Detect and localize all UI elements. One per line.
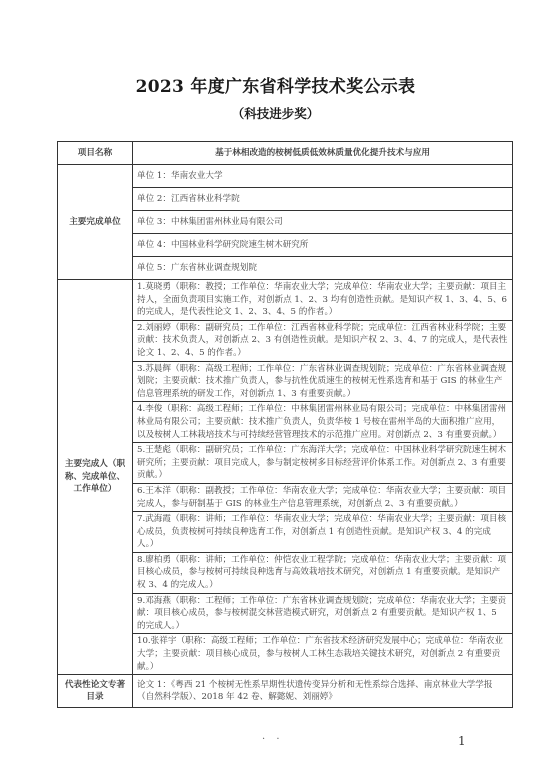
paper-row: 代表性论文专著目录 论文 1：《粤西 21 个桉树无性系早期性状遗传变异分析和无… (58, 675, 513, 708)
person-row: 主要完成人（职称、完成单位、工作单位） 1.莫晓勇（职称：教授；工作单位：华南农… (58, 280, 513, 321)
person-3: 3.苏晨辉（职称：高级工程师；工作单位：广东省林业调查规划院；完成单位：广东省林… (133, 361, 513, 402)
unit-3: 单位 3：中林集团雷州林业局有限公司 (133, 211, 513, 234)
units-label: 主要完成单位 (58, 165, 133, 280)
person-1: 1.莫晓勇（职称：教授；工作单位：华南农业大学；完成单位：华南农业大学；主要贡献… (133, 280, 513, 321)
document-subtitle: （科技进步奖） (0, 104, 551, 122)
person-4: 4.李俊（职称：高级工程师；工作单位：中林集团雷州林业局有限公司；完成单位：中林… (133, 402, 513, 443)
persons-label: 主要完成人（职称、完成单位、工作单位） (58, 280, 133, 675)
person-9: 9.邓海燕（职称：工程师；工作单位：广东省林业调查规划院；完成单位：华南农业大学… (133, 593, 513, 634)
award-table: 项目名称 基于林相改造的桉树低质低效林质量优化提升技术与应用 主要完成单位 单位… (57, 141, 513, 708)
papers-label: 代表性论文专著目录 (58, 675, 133, 708)
unit-5: 单位 5：广东省林业调查规划院 (133, 257, 513, 280)
unit-row: 主要完成单位 单位 1：华南农业大学 (58, 165, 513, 188)
project-name-value: 基于林相改造的桉树低质低效林质量优化提升技术与应用 (133, 142, 513, 165)
project-name-row: 项目名称 基于林相改造的桉树低质低效林质量优化提升技术与应用 (58, 142, 513, 165)
person-5: 5.王楚彪（职称：副研究员；工作单位：广东海洋大学；完成单位：中国林业科学研究院… (133, 443, 513, 484)
paper-1: 论文 1：《粤西 21 个桉树无性系早期性状遗传变异分析和无性系综合选择、南京林… (133, 675, 513, 708)
unit-1: 单位 1：华南农业大学 (133, 165, 513, 188)
person-6: 6.王本洋（职称：副教授；工作单位：华南农业大学；完成单位：华南农业大学；主要贡… (133, 483, 513, 511)
unit-4: 单位 4：中国林业科学研究院速生树木研究所 (133, 234, 513, 257)
person-7: 7.武海霞（职称：讲师；工作单位：华南农业大学；完成单位：华南农业大学；主要贡献… (133, 512, 513, 553)
person-8: 8.廖柏勇（职称：讲师；工作单位：仲恺农业工程学院；完成单位：华南农业大学；主要… (133, 552, 513, 593)
person-2: 2.刘丽婷（职称：副研究员；工作单位：江西省林业科学院；完成单位：江西省林业科学… (133, 320, 513, 361)
person-10: 10.张祥宇（职称：高级工程师；工作单位：广东省技术经济研究发展中心；完成单位：… (133, 634, 513, 675)
footer-dots: · · (262, 734, 284, 745)
document-title: 2023 年度广东省科学技术奖公示表 (0, 72, 551, 97)
project-name-label: 项目名称 (58, 142, 133, 165)
page-number: 1 (458, 734, 466, 748)
unit-2: 单位 2：江西省林业科学院 (133, 188, 513, 211)
